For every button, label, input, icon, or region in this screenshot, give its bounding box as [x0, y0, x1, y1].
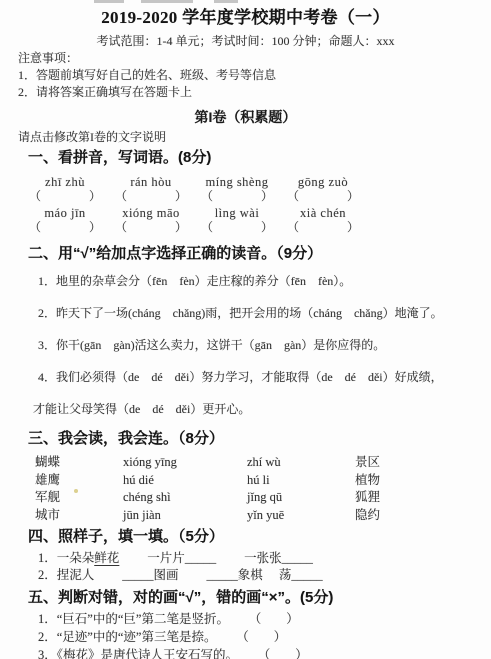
fill-blank: _____ [185, 551, 216, 565]
fill-blank: _____ [122, 568, 153, 582]
notice-heading: 注意事项： [18, 50, 491, 67]
section-2-heading: 二、用“√”给加点字选择正确的读音。（9分） [28, 244, 491, 263]
question-item: 3．你干(gān gàn)活这么卖力，这饼干（gān gàn）是你应得的。 [38, 338, 491, 353]
fill-word: 图画 [154, 568, 179, 582]
pinyin-word: lìng wài [194, 206, 280, 221]
judge-bracket: （ ） [264, 648, 308, 659]
ink-dot-artifact [74, 489, 78, 493]
question-item: 2．昨天下了一场(cháng chǎng)雨，把开会用的场（cháng chǎn… [38, 306, 491, 321]
pinyin-cell: rán hòu （ ） [108, 175, 194, 203]
answer-bracket: （ ） [194, 190, 280, 203]
match-pinyin: hú li [247, 472, 355, 490]
question-item-continuation: 才能让父母笑得（de dé děi）更开心。 [33, 402, 491, 417]
fill-word: 一片片 [147, 551, 185, 565]
answer-bracket: （ ） [194, 221, 280, 234]
judge-bracket: （ ） [255, 612, 299, 626]
notice-block: 注意事项： 1．答题前填写好自己的姓名、班级、考号等信息 2．请将答案正确填写在… [18, 50, 491, 101]
fill-blank-line: 1．一朵朵鲜花一片片_____一张张_____ [38, 550, 491, 567]
fill-word: 一张张 [244, 551, 282, 565]
section-5-heading: 五、判断对错，对的画“√”，错的画“×”。(5分) [28, 588, 491, 607]
part-edit-note: 请点击修改第I卷的文字说明 [18, 130, 491, 144]
match-word: 城市 [35, 507, 123, 525]
match-word: 隐约 [355, 507, 491, 525]
match-word: 狐狸 [355, 489, 491, 507]
match-pinyin: yǐn yuē [247, 507, 355, 525]
example-text: 捏泥人 [57, 568, 95, 582]
answer-bracket: （ ） [280, 190, 366, 203]
section-4-heading: 四、照样子，填一填。（5分） [28, 527, 491, 546]
match-pinyin: hú dié [123, 472, 247, 490]
question-item: 1．地里的杂草会分（fēn fèn）走庄稼的养分（fēn fèn）。 [38, 274, 491, 289]
answer-bracket: （ ） [22, 190, 108, 203]
exam-paper-page: { "doc": { "title": "2019-2020 学年度学校期中考卷… [0, 0, 491, 659]
pinyin-word: máo jīn [22, 206, 108, 221]
pinyin-word: rán hòu [108, 175, 194, 190]
judge-item: 1．“巨石”中的“巨”第二笔是竖折。（ ） [38, 610, 491, 628]
pinyin-cell: míng shèng （ ） [194, 175, 280, 203]
judge-text: 3．《梅花》是唐代诗人王安石写的。 [38, 648, 238, 659]
pinyin-cell: xià chén （ ） [280, 206, 366, 234]
match-word: 雄鹰 [35, 472, 123, 490]
judge-text: 2．“足迹”中的“迹”第三笔是捺。 [38, 630, 216, 644]
pinyin-row: máo jīn （ ） xióng māo （ ） lìng wài （ ） x… [22, 206, 491, 234]
fill-blank-line: 2．捏泥人_____图画_____象棋荡_____ [38, 567, 491, 584]
judge-text: 1．“巨石”中的“巨”第二笔是竖折。 [38, 612, 229, 626]
item-number: 2． [38, 568, 57, 582]
example-text: 一朵朵 [57, 551, 95, 565]
pinyin-word: xià chén [280, 206, 366, 221]
answer-bracket: （ ） [280, 221, 366, 234]
pinyin-word: xióng māo [108, 206, 194, 221]
pinyin-cell: xióng māo （ ） [108, 206, 194, 234]
match-word: 蝴蝶 [35, 454, 123, 472]
fill-blank: _____ [207, 568, 238, 582]
notice-item: 1．答题前填写好自己的姓名、班级、考号等信息 [18, 67, 491, 84]
section-1-heading: 一、看拼音，写词语。(8分) [28, 148, 491, 167]
match-pinyin: jǐng qū [247, 489, 355, 507]
notice-item: 2．请将答案正确填写在答题卡上 [18, 84, 491, 101]
question-item: 4．我们必须得（de dé děi）努力学习，才能取得（de dé děi）好成… [38, 370, 491, 385]
pinyin-word: gōng zuò [280, 175, 366, 190]
exam-subtitle: 考试范围：1-4 单元；考试时间：100 分钟；命题人：xxx [0, 34, 491, 48]
answer-bracket: （ ） [108, 221, 194, 234]
match-pinyin: zhí wù [247, 454, 355, 472]
section-3-heading: 三、我会读，我会连。（8分） [28, 429, 491, 448]
fill-word: 象棋 [238, 568, 263, 582]
scan-artifact [94, 0, 124, 3]
fill-blank: _____ [282, 551, 313, 565]
scan-artifact [214, 0, 238, 3]
judge-bracket: （ ） [242, 630, 286, 644]
section-2-items: 1．地里的杂草会分（fēn fèn）走庄稼的养分（fēn fèn）。 2．昨天下… [38, 274, 491, 417]
fill-word: 荡 [279, 568, 292, 582]
pinyin-row: zhī zhù （ ） rán hòu （ ） míng shèng （ ） g… [22, 175, 491, 203]
match-pinyin: jūn jiàn [123, 507, 247, 525]
answer-bracket: （ ） [108, 190, 194, 203]
exam-title: 2019-2020 学年度学校期中考卷（一） [0, 7, 491, 29]
pinyin-word: zhī zhù [22, 175, 108, 190]
pinyin-cell: lìng wài （ ） [194, 206, 280, 234]
pinyin-cell: máo jīn （ ） [22, 206, 108, 234]
underlined-example: 鲜花 [94, 551, 119, 565]
match-pinyin: chéng shì [123, 489, 247, 507]
section-5-items: 1．“巨石”中的“巨”第二笔是竖折。（ ） 2．“足迹”中的“迹”第三笔是捺。（… [38, 610, 491, 659]
part-title: 第I卷（积累题） [0, 110, 491, 124]
match-word: 植物 [355, 472, 491, 490]
match-word: 景区 [355, 454, 491, 472]
scan-artifact [141, 0, 193, 3]
pinyin-word: míng shèng [194, 175, 280, 190]
pinyin-cell: gōng zuò （ ） [280, 175, 366, 203]
fill-blank: _____ [291, 568, 322, 582]
item-number: 1． [38, 551, 57, 565]
judge-item: 2．“足迹”中的“迹”第三笔是捺。（ ） [38, 628, 491, 646]
match-word: 军舰 [35, 489, 123, 507]
pinyin-cell: zhī zhù （ ） [22, 175, 108, 203]
answer-bracket: （ ） [22, 221, 108, 234]
judge-item: 3．《梅花》是唐代诗人王安石写的。（ ） [38, 646, 491, 659]
match-pinyin: xióng yīng [123, 454, 247, 472]
matching-grid: 蝴蝶 xióng yīng zhí wù 景区 雄鹰 hú dié hú li … [35, 454, 491, 524]
